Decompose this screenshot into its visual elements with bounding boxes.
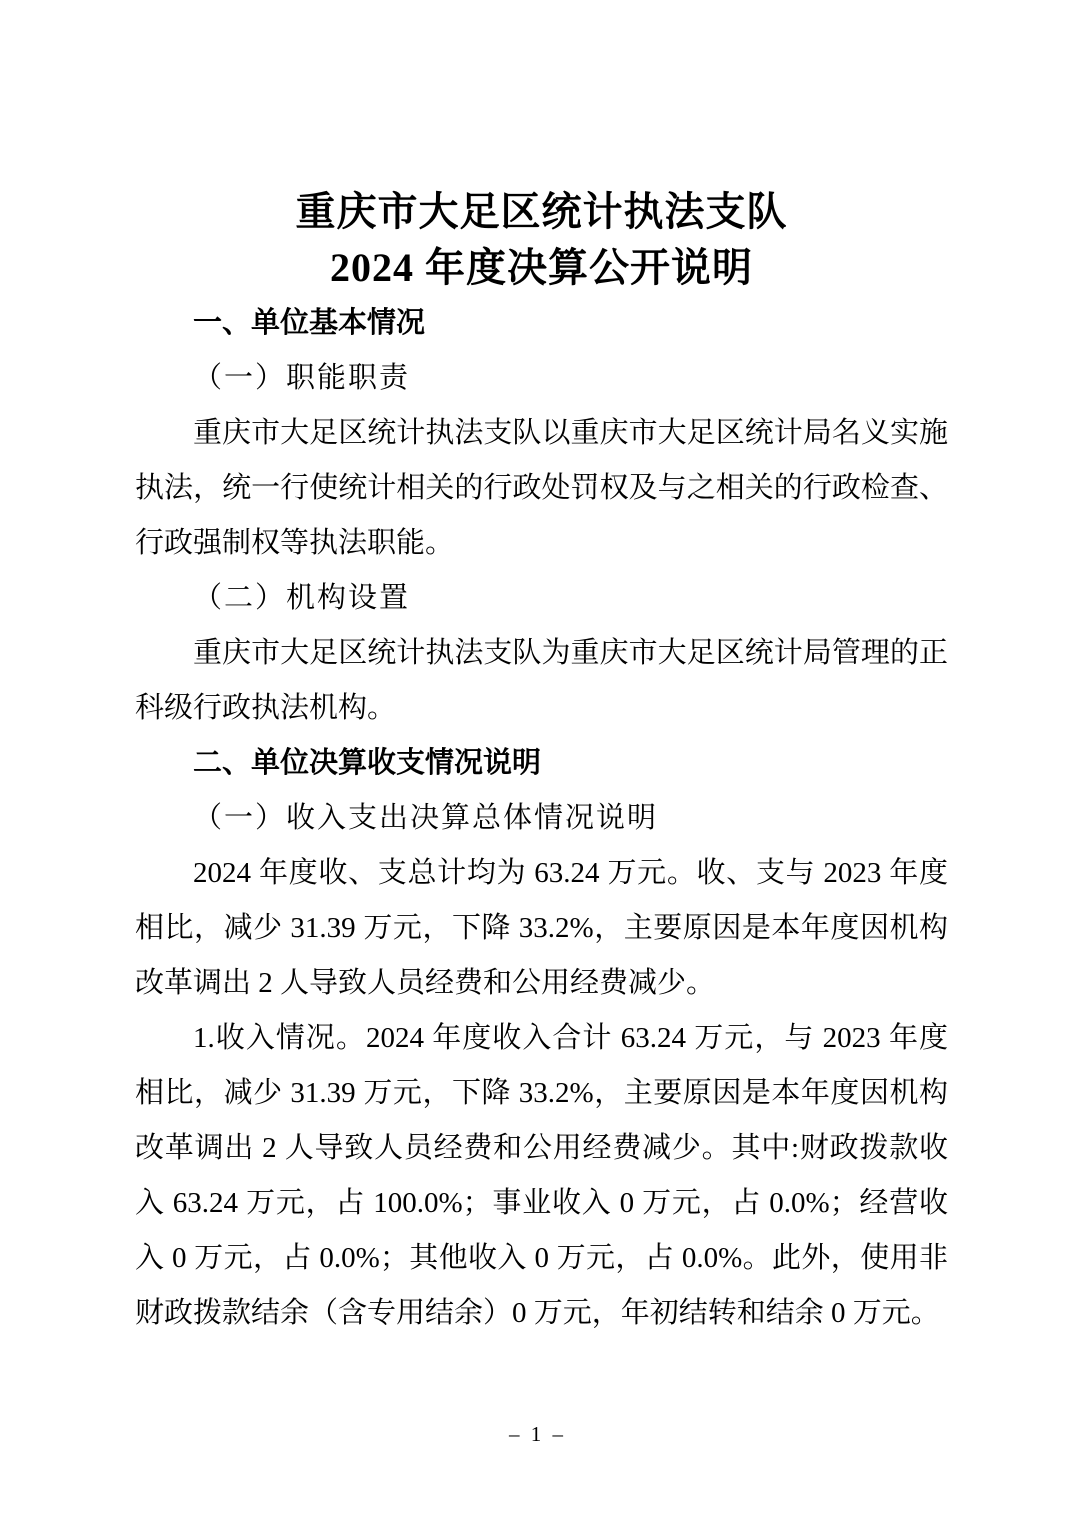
section-2-sub-1-paragraph-1: 2024 年度收、支总计均为 63.24 万元。收、支与 2023 年度相比，减…	[135, 846, 948, 1011]
document-title-line1: 重庆市大足区统计执法支队	[135, 184, 948, 240]
section-2-heading: 二、单位决算收支情况说明	[135, 736, 948, 791]
section-2-sub-1-paragraph-2: 1.收入情况。2024 年度收入合计 63.24 万元，与 2023 年度相比，…	[135, 1011, 948, 1341]
section-2-sub-1-heading: （一）收入支出决算总体情况说明	[135, 791, 948, 846]
document-page: 重庆市大足区统计执法支队 2024 年度决算公开说明 一、单位基本情况 （一）职…	[0, 0, 1075, 1520]
page-number: – 1 –	[0, 1422, 1075, 1447]
document-title: 重庆市大足区统计执法支队 2024 年度决算公开说明	[135, 184, 948, 296]
section-1-heading: 一、单位基本情况	[135, 296, 948, 351]
section-1-sub-1-heading: （一）职能职责	[135, 351, 948, 406]
section-1-sub-1-paragraph: 重庆市大足区统计执法支队以重庆市大足区统计局名义实施执法，统一行使统计相关的行政…	[135, 406, 948, 571]
document-body: 重庆市大足区统计执法支队 2024 年度决算公开说明 一、单位基本情况 （一）职…	[135, 0, 948, 1341]
section-1-sub-2-paragraph: 重庆市大足区统计执法支队为重庆市大足区统计局管理的正科级行政执法机构。	[135, 626, 948, 736]
section-1-sub-2-heading: （二）机构设置	[135, 571, 948, 626]
document-title-line2: 2024 年度决算公开说明	[135, 240, 948, 296]
